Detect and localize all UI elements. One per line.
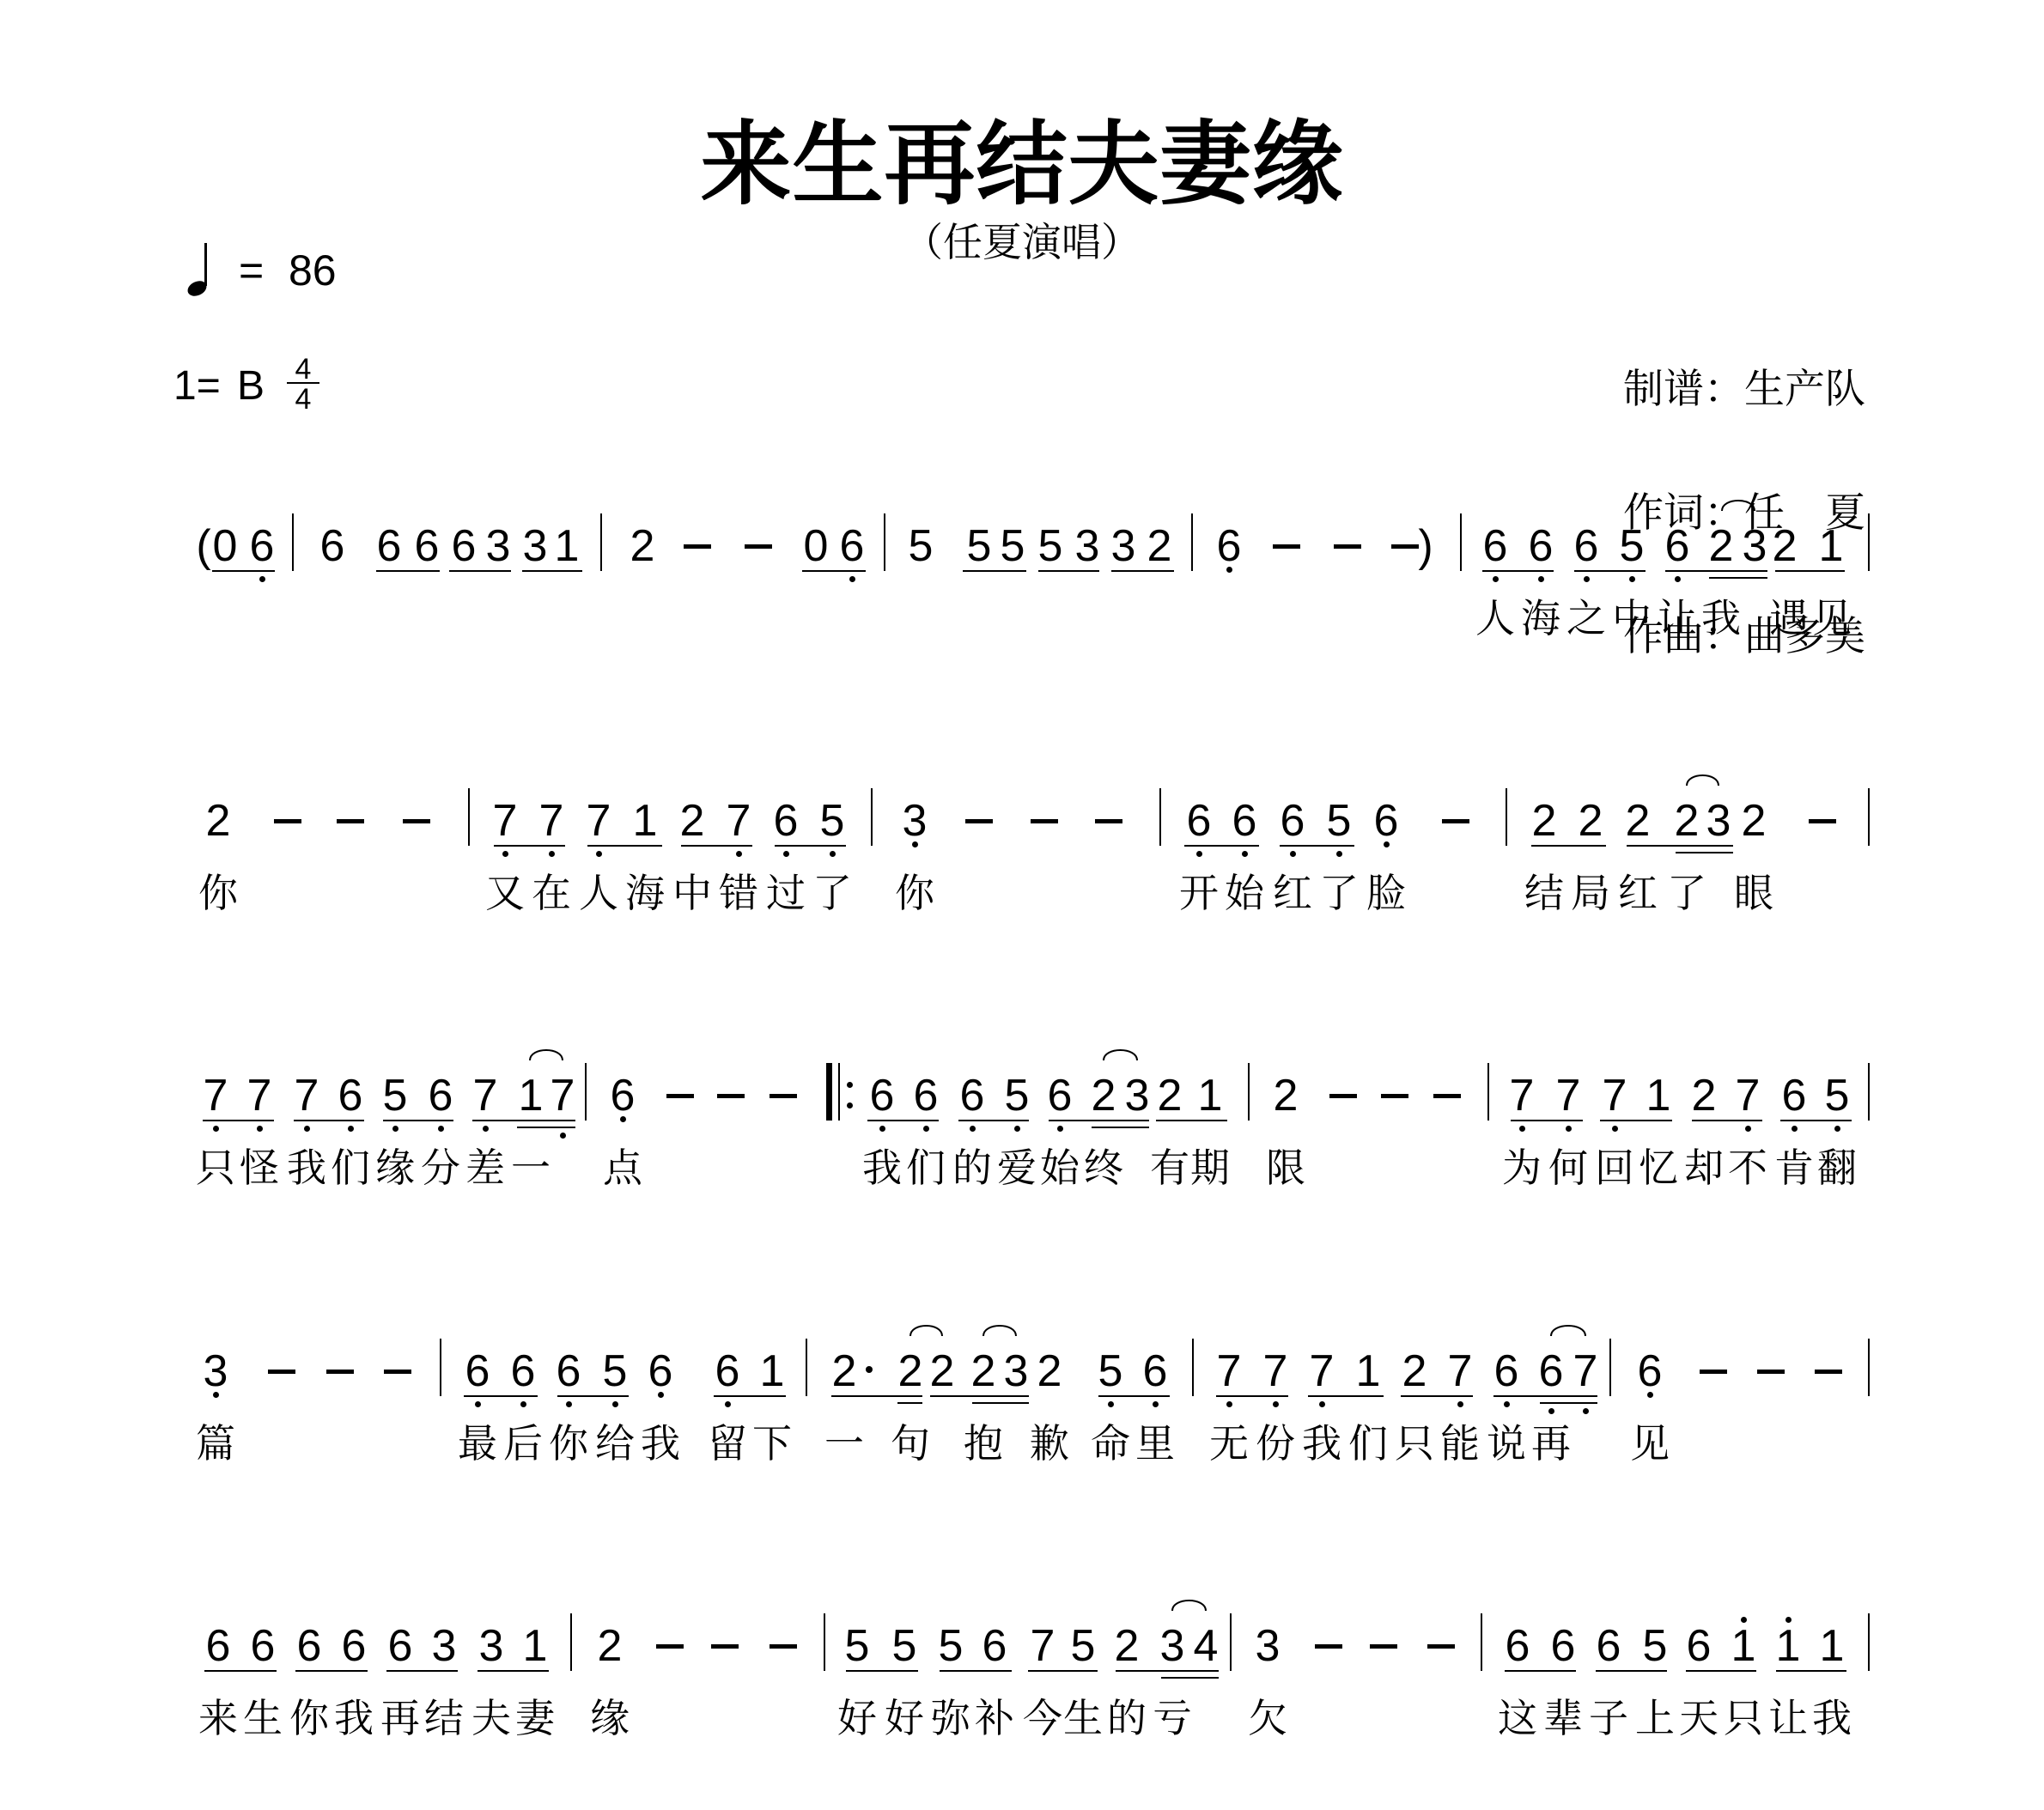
note: 2: [591, 1624, 629, 1668]
note: 7: [466, 1073, 504, 1118]
sustain-dash: [745, 544, 772, 549]
note: 2: [1766, 524, 1804, 568]
low-octave-dot: [1647, 1392, 1653, 1398]
beam-sixteenth: [517, 1127, 575, 1128]
barline: [570, 1613, 572, 1671]
sustain-dash: [770, 1644, 797, 1649]
repeat-thin-bar: [838, 1063, 840, 1121]
parenthesis: ): [1407, 524, 1445, 568]
note: 1: [548, 524, 586, 568]
note: 5: [813, 799, 851, 843]
note: 6: [976, 1624, 1013, 1668]
lyric-char: 你: [893, 873, 936, 913]
lyric-char: 怪: [238, 1148, 281, 1187]
beam-eighth: [1038, 570, 1099, 572]
note: 6: [907, 1073, 945, 1118]
lyric-char: 只: [1393, 1424, 1436, 1463]
note: 3: [1104, 524, 1142, 568]
low-octave-dot: [1745, 1126, 1751, 1132]
note: 7: [1596, 1073, 1633, 1118]
slur-arc: [1172, 1600, 1206, 1611]
barline: [440, 1339, 441, 1396]
key-note: B: [237, 366, 265, 407]
barline: [871, 788, 873, 846]
low-octave-dot: [1629, 576, 1635, 582]
lyric-char: 为: [1500, 1148, 1543, 1187]
low-octave-dot: [1384, 841, 1390, 847]
lyric-char: 你: [288, 1698, 331, 1738]
beam-eighth: [1493, 1395, 1597, 1397]
note: 6: [1210, 524, 1248, 568]
barline: [1868, 788, 1870, 846]
barline: [1868, 513, 1870, 571]
lyric-char: 辈: [1542, 1698, 1585, 1738]
note: 1: [1769, 1624, 1807, 1668]
lyric-char: 忆: [1637, 1148, 1680, 1187]
note: 2: [1267, 1073, 1305, 1118]
lyric-char: 回: [1593, 1148, 1636, 1187]
low-octave-dot: [1290, 851, 1296, 857]
lyric-char: 让: [1767, 1698, 1810, 1738]
low-octave-dot: [879, 1126, 885, 1132]
sustain-dash: [770, 1094, 797, 1098]
beam-eighth: [1600, 1120, 1672, 1121]
beam-eighth: [1216, 1395, 1288, 1397]
lyric-char: 你: [547, 1424, 590, 1463]
lyric-char: 们: [329, 1148, 372, 1187]
note: 7: [1210, 1349, 1248, 1394]
sustain-dash: [1031, 819, 1058, 823]
slur-arc: [1687, 775, 1719, 786]
note: 1: [753, 1349, 791, 1394]
barline: [1868, 1339, 1870, 1396]
low-octave-dot: [849, 576, 855, 582]
note: 6: [550, 1349, 587, 1394]
note: 2: [1619, 799, 1657, 843]
note: 0: [206, 524, 244, 568]
beam-eighth: [1780, 1120, 1852, 1121]
note: 1: [1813, 1624, 1851, 1668]
lyric-char: 人: [577, 873, 620, 913]
note: 4: [1187, 1624, 1225, 1668]
sustain-dash: [337, 819, 364, 823]
low-octave-dot: [1108, 1401, 1114, 1407]
barline: [1192, 1339, 1194, 1396]
beam-eighth: [1028, 1670, 1098, 1672]
lyric-char: 见: [1810, 598, 1853, 638]
lyric-char: 遇: [1767, 598, 1810, 638]
note: 6: [1136, 1349, 1174, 1394]
barline: [1230, 1613, 1232, 1671]
beam-eighth: [1776, 1670, 1846, 1672]
lyric-char: 天: [1677, 1698, 1720, 1738]
tempo-bpm: 86: [289, 249, 337, 292]
barline: [1868, 1063, 1870, 1121]
lyric-char: 爱: [995, 1148, 1038, 1187]
low-octave-dot: [502, 851, 508, 857]
note: 6: [1680, 1624, 1718, 1668]
note: 7: [197, 1073, 234, 1118]
lyric-char: 好: [836, 1698, 879, 1738]
lyric-char: 差: [464, 1148, 507, 1187]
sustain-dash: [1095, 819, 1122, 823]
lyric-char: 见: [1628, 1424, 1671, 1463]
lyric-char: 补: [973, 1698, 1016, 1738]
sustain-dash: [268, 1370, 295, 1374]
high-octave-dot: [1785, 1617, 1792, 1623]
lyric-char: 却: [1682, 1148, 1725, 1187]
low-octave-dot: [1504, 1401, 1510, 1407]
beam-eighth: [802, 570, 866, 572]
lyric-char: 中: [1610, 598, 1653, 638]
lyric-char: 我: [285, 1148, 328, 1187]
tempo-equals: =: [239, 249, 264, 292]
note: 7: [240, 1073, 278, 1118]
sustain-dash: [717, 1094, 745, 1098]
note: 6: [1522, 524, 1560, 568]
lyric-char: 生: [1062, 1698, 1104, 1738]
beam-eighth: [1049, 1120, 1149, 1121]
note: 6: [1775, 1073, 1813, 1118]
note: 2: [1141, 524, 1178, 568]
lyric-char: 终: [1082, 1148, 1125, 1187]
beam-eighth: [930, 1395, 1029, 1397]
beam-eighth: [1156, 1120, 1227, 1121]
lyric-char: 说: [1485, 1424, 1528, 1463]
lyric-char: 点: [601, 1148, 644, 1187]
lyric-char: 亏: [1151, 1698, 1194, 1738]
note: 6: [1499, 1624, 1536, 1668]
lyric-char: 的: [951, 1148, 994, 1187]
note: 5: [838, 1624, 876, 1668]
note: 5: [1031, 524, 1069, 568]
note: 6: [408, 524, 446, 568]
lyric-char: 不: [1726, 1148, 1769, 1187]
low-octave-dot: [1519, 1126, 1525, 1132]
barline: [585, 1063, 587, 1121]
credit-arranger: 制谱：生产队: [1623, 369, 1865, 410]
sustain-dash: [1381, 1094, 1408, 1098]
note: 2: [673, 799, 711, 843]
note: 2: [199, 799, 237, 843]
sustain-dash: [1427, 1644, 1455, 1649]
time-signature-denominator: 4: [286, 385, 320, 414]
beam-sixteenth: [972, 1402, 1029, 1404]
lyric-char: 我: [639, 1424, 682, 1463]
beam-eighth: [1665, 570, 1767, 572]
sustain-dash: [684, 544, 711, 549]
sustain-dash: [403, 819, 430, 823]
repeat-dot: [847, 1102, 853, 1108]
low-octave-dot: [1457, 1401, 1463, 1407]
beam-eighth: [963, 570, 1026, 572]
low-octave-dot: [1196, 851, 1202, 857]
low-octave-dot: [658, 1392, 664, 1398]
beam-eighth: [449, 570, 511, 572]
note: 2: [1108, 1624, 1146, 1668]
note: 3: [997, 1349, 1035, 1394]
lyric-char: 们: [904, 1148, 947, 1187]
note: 6: [863, 1073, 901, 1118]
note: 6: [290, 1624, 328, 1668]
low-octave-dot: [1319, 1401, 1325, 1407]
lyric-char: 红: [1271, 873, 1314, 913]
low-octave-dot: [1834, 1126, 1840, 1132]
note: 6: [1367, 799, 1405, 843]
beam-eighth: [472, 1120, 575, 1121]
note: 2: [1085, 1073, 1122, 1118]
lyric-char: 篇: [194, 1424, 237, 1463]
sustain-dash: [1315, 1644, 1342, 1649]
beam-eighth: [1511, 1120, 1583, 1121]
lyric-char: 好: [883, 1698, 926, 1738]
lyric-char: 的: [1105, 1698, 1148, 1738]
lyric-char: 份: [1254, 1424, 1297, 1463]
note: 5: [902, 524, 940, 568]
slur-arc: [1104, 1050, 1137, 1060]
low-octave-dot: [1242, 851, 1248, 857]
lyric-char: 歉: [1028, 1424, 1071, 1463]
low-octave-dot: [438, 1126, 444, 1132]
beam-sixteenth: [1676, 852, 1733, 853]
note: 3: [896, 799, 934, 843]
low-octave-dot: [566, 1401, 572, 1407]
note: 7: [1441, 1349, 1479, 1394]
beam-eighth: [478, 1670, 549, 1672]
note: 1: [1725, 1624, 1762, 1668]
lyric-char: 我: [1810, 1698, 1853, 1738]
low-octave-dot: [783, 851, 789, 857]
note: 2: [1396, 1349, 1433, 1394]
note: 6: [833, 524, 871, 568]
low-octave-dot: [912, 841, 918, 847]
lyric-char: 句: [889, 1424, 932, 1463]
lyric-char: 来: [197, 1698, 240, 1738]
sustain-dash: [1815, 1370, 1842, 1374]
note: 5: [885, 1624, 923, 1668]
beam-eighth: [1111, 570, 1174, 572]
note: 1: [1191, 1073, 1229, 1118]
low-octave-dot: [304, 1126, 310, 1132]
barline: [1460, 513, 1462, 571]
low-octave-dot: [830, 851, 836, 857]
note: 6: [422, 1073, 459, 1118]
low-octave-dot: [1226, 1401, 1232, 1407]
lyric-char: 最: [456, 1424, 499, 1463]
lyric-char: 结: [1523, 873, 1566, 913]
sustain-dash: [384, 1370, 411, 1374]
beam-sixteenth: [1092, 1127, 1149, 1128]
low-octave-dot: [725, 1401, 731, 1407]
beam-sixteenth: [1161, 1677, 1219, 1679]
sustain-dash: [666, 1094, 694, 1098]
note: 5: [1613, 524, 1651, 568]
lyric-char: 缘: [588, 1698, 631, 1738]
note: 6: [1274, 799, 1311, 843]
lyric-char: 们: [1347, 1424, 1390, 1463]
barline: [884, 513, 885, 571]
note: 6: [445, 524, 483, 568]
note: 7: [580, 799, 617, 843]
lyric-char: 给: [593, 1424, 636, 1463]
lyric-char: 过: [764, 873, 807, 913]
note: 6: [1041, 1073, 1079, 1118]
beam-eighth: [212, 570, 275, 572]
beam-eighth: [376, 570, 440, 572]
beam-eighth: [494, 845, 565, 847]
note: 5: [1818, 1073, 1856, 1118]
note: 5: [1092, 1349, 1129, 1394]
beam-eighth: [295, 1670, 368, 1672]
lyric-char: 海: [1519, 598, 1562, 638]
barline: [1159, 788, 1161, 846]
note-stem: [204, 243, 207, 286]
lyric-char: 期: [1189, 1148, 1232, 1187]
note: 6: [1180, 799, 1218, 843]
sustain-dash: [965, 819, 993, 823]
note: 7: [544, 1073, 581, 1118]
note: 6: [1532, 1349, 1570, 1394]
low-octave-dot: [213, 1126, 219, 1132]
note: 6: [604, 1073, 642, 1118]
lyric-char: 脸: [1365, 873, 1408, 913]
low-octave-dot: [213, 1392, 219, 1398]
note: 7: [1303, 1349, 1341, 1394]
beam-eighth: [867, 1120, 939, 1121]
note: 6: [243, 524, 281, 568]
beam-eighth: [1116, 1670, 1219, 1672]
low-octave-dot: [923, 1126, 929, 1132]
note: 7: [532, 799, 570, 843]
low-octave-dot: [392, 1126, 398, 1132]
sustain-dash: [274, 819, 301, 823]
sustain-dash: [1370, 1644, 1397, 1649]
beam-sixteenth: [1709, 577, 1767, 579]
lyric-char: 了: [1317, 873, 1360, 913]
barline: [468, 788, 470, 846]
lyric-char: 生: [241, 1698, 284, 1738]
lyric-char: 始: [1223, 873, 1266, 913]
sustain-dash: [656, 1644, 684, 1649]
note: 2: [1702, 524, 1740, 568]
barline: [1191, 513, 1193, 571]
low-octave-dot: [1153, 1401, 1159, 1407]
low-octave-dot: [1273, 1401, 1279, 1407]
barline: [1481, 1613, 1482, 1671]
note: 6: [1544, 1624, 1582, 1668]
note: 1: [1812, 524, 1850, 568]
lyric-char: 分: [419, 1148, 462, 1187]
low-octave-dot: [1014, 1126, 1020, 1132]
note: 5: [1320, 799, 1358, 843]
beam-eighth: [1505, 1670, 1576, 1672]
note: 2: [923, 1349, 961, 1394]
barline: [600, 513, 602, 571]
low-octave-dot: [620, 1116, 626, 1122]
beam-eighth: [522, 570, 582, 572]
low-octave-dot: [970, 1126, 976, 1132]
barline: [1487, 1063, 1489, 1121]
lyric-char: 肯: [1773, 1148, 1816, 1187]
barline: [292, 513, 294, 571]
low-octave-dot: [1226, 567, 1232, 573]
note: 5: [596, 1349, 634, 1394]
slur-arc: [983, 1326, 1016, 1336]
note: 6: [1226, 799, 1263, 843]
low-octave-dot: [736, 851, 742, 857]
note: 6: [767, 799, 805, 843]
note: 3: [1249, 1624, 1287, 1668]
note: 6: [1590, 1624, 1627, 1668]
credits-block: 制谱：生产队 作词：任 夏 作曲：曲多美: [1623, 287, 1865, 740]
lyric-char: 错: [717, 873, 760, 913]
credit-value: 生产队: [1744, 366, 1865, 413]
lyric-char: 留: [706, 1424, 749, 1463]
lyric-char: 我: [1700, 598, 1743, 638]
beam-sixteenth: [1540, 1402, 1597, 1404]
lyric-char: 一: [823, 1424, 866, 1463]
note: 7: [1549, 1073, 1587, 1118]
lyric-char: 翻: [1816, 1148, 1858, 1187]
note: 6: [332, 1073, 369, 1118]
barline: [824, 1613, 825, 1671]
lyric-char: 一: [509, 1148, 552, 1187]
low-octave-dot: [612, 1401, 618, 1407]
beam-eighth: [587, 845, 662, 847]
lyric-char: 结: [423, 1698, 465, 1738]
note: 0: [797, 524, 835, 568]
lyric-char: 人: [1474, 598, 1517, 638]
beam-eighth: [1308, 1395, 1384, 1397]
note: 2: [1525, 799, 1563, 843]
sustain-dash: [1809, 819, 1836, 823]
note: 2: [1031, 1349, 1068, 1394]
note: 2: [1151, 1073, 1189, 1118]
note: 6: [504, 1349, 542, 1394]
note: 5: [1636, 1624, 1674, 1668]
lyric-char: 后: [502, 1424, 544, 1463]
lyric-char: 局: [1569, 873, 1612, 913]
credit-label: 制谱：: [1623, 366, 1744, 413]
beam-eighth: [1775, 570, 1845, 572]
note: 6: [199, 1624, 237, 1668]
sustain-dash: [1329, 1094, 1357, 1098]
lyric-char: 了: [811, 873, 854, 913]
low-octave-dot: [475, 1401, 481, 1407]
lyric-char: 我: [1300, 1424, 1343, 1463]
lyric-char: 让: [1656, 598, 1699, 638]
beam-eighth: [1401, 1395, 1473, 1397]
barline: [1609, 1339, 1611, 1396]
note: 5: [376, 1073, 414, 1118]
note: 6: [370, 524, 408, 568]
sustain-dash: [1334, 544, 1361, 549]
beam-eighth: [681, 845, 752, 847]
low-octave-dot: [549, 851, 555, 857]
beam-eighth: [846, 1670, 918, 1672]
low-octave-dot: [1792, 1126, 1798, 1132]
sustain-dash: [326, 1370, 354, 1374]
lyric-char: 限: [1264, 1148, 1307, 1187]
beam-eighth: [1531, 845, 1606, 847]
note: 6: [381, 1624, 419, 1668]
lyric-char: 红: [1616, 873, 1659, 913]
note: 6: [1567, 524, 1605, 568]
beam-eighth: [1280, 845, 1354, 847]
beam-eighth: [203, 1120, 274, 1121]
note: 6: [1631, 1349, 1669, 1394]
sustain-dash: [1442, 819, 1469, 823]
